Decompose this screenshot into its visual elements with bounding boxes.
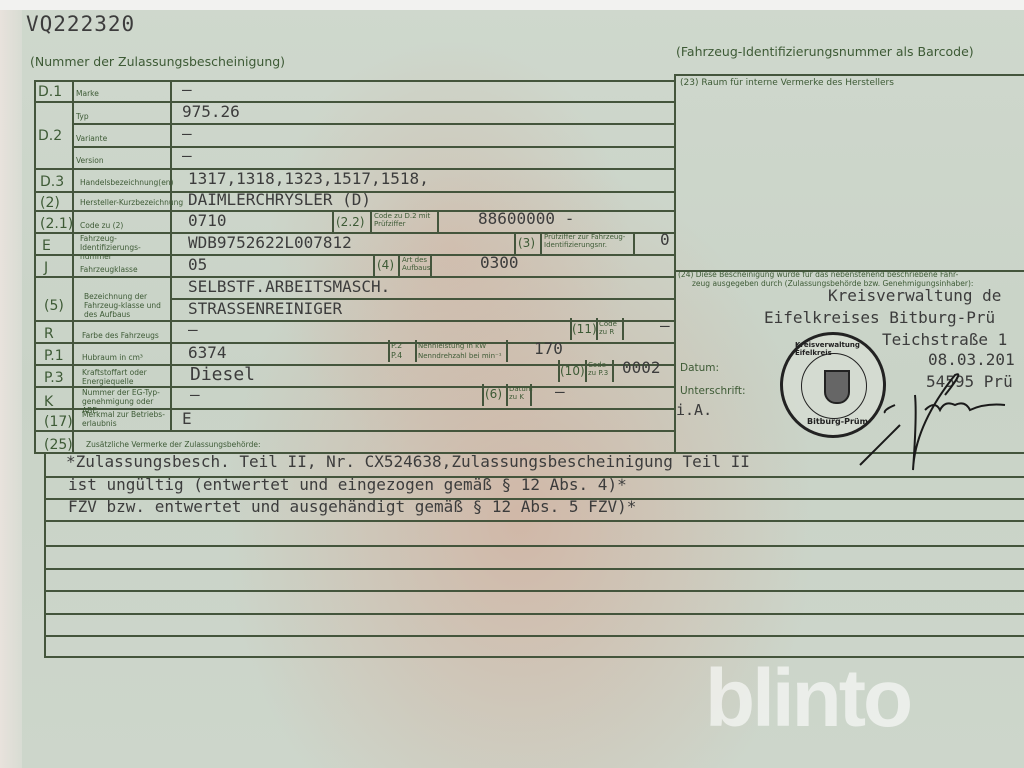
paper-top-edge: [0, 0, 1024, 10]
signature-icon: [855, 355, 1024, 480]
field-11-label: Code zu R: [599, 320, 621, 336]
field-4-code: (4): [377, 258, 394, 272]
field-e-label: Fahrzeug-Identifizierungs-nummer: [80, 234, 168, 261]
field-10-code: (10): [560, 364, 585, 378]
field-2-2-label: Code zu D.2 mit Prüfziffer: [374, 212, 436, 228]
field-5-label: Bezeichnung der Fahrzeug-klasse und des …: [84, 292, 170, 319]
field-p4-code: P.4: [391, 352, 402, 360]
barcode-label: (Fahrzeug-Identifizierungsnummer als Bar…: [676, 44, 974, 59]
field-2-value: DAIMLERCHRYSLER (D): [188, 190, 371, 209]
field-2-2-code: (2.2): [336, 215, 364, 229]
field-4-value: 0300: [480, 253, 519, 272]
field-11-value: –: [660, 316, 670, 335]
issuer-label-line1: (24) Diese Bescheinigung wurde für das n…: [678, 270, 958, 279]
field-p2-label: Nennleistung in kW: [418, 342, 486, 350]
field-d1-code: D.1: [38, 84, 62, 100]
document-number-label: (Nummer der Zulassungsbescheinigung): [30, 54, 285, 69]
datum-label: Datum:: [680, 362, 719, 374]
field-r-label: Farbe des Fahrzeugs: [82, 331, 159, 340]
field-d3-value: 1317,1318,1323,1517,1518,: [188, 169, 429, 188]
document-number: VQ222320: [26, 12, 135, 36]
field-p1-code: P.1: [44, 348, 64, 364]
field-d2-typ-label: Typ: [76, 112, 89, 121]
remark-line-2: ist ungültig (entwertet und eingezogen g…: [68, 475, 627, 494]
field-17-label: Merkmal zur Betriebs-erlaubnis: [82, 410, 168, 428]
field-d2-code: D.2: [38, 128, 62, 144]
field-p4-label: Nenndrehzahl bei min⁻¹: [418, 352, 502, 360]
field-3-label: Prüfziffer zur Fahrzeug-Identifizierungs…: [544, 233, 632, 249]
field-j-label: Fahrzeugklasse: [80, 265, 138, 274]
field-2-label: Hersteller-Kurzbezeichnung: [80, 198, 183, 207]
field-3-code: (3): [518, 236, 535, 250]
field-d2-variante-label: Variante: [76, 134, 107, 143]
issuer-line-3: Teichstraße 1: [882, 330, 1007, 349]
remark-line-1: *Zulassungsbesch. Teil II, Nr. CX524638,…: [66, 452, 750, 471]
field-e-value: WDB9752622L007812: [188, 233, 352, 252]
field-k-value: –: [190, 385, 200, 404]
field-6-label: Datum zu K: [509, 385, 529, 401]
field-17-value: E: [182, 409, 192, 428]
field-d3-label: Handelsbezeichnung(en): [80, 178, 173, 187]
field-j-value: 05: [188, 255, 207, 274]
field-p3-code: P.3: [44, 370, 64, 386]
field-2-1-code: (2.1): [40, 216, 73, 232]
field-d2-version-label: Version: [76, 156, 104, 165]
field-6-value: –: [555, 382, 565, 401]
field-r-code: R: [44, 326, 54, 342]
field-23-label: (23) Raum für interne Vermerke des Herst…: [680, 78, 894, 88]
field-p2-code: P.2: [391, 342, 402, 350]
signature-label: Unterschrift:: [680, 385, 746, 397]
field-d3-code: D.3: [40, 174, 64, 190]
field-5-code: (5): [44, 298, 64, 314]
issuer-line-1: Kreisverwaltung de: [828, 286, 1001, 305]
field-2-1-label: Code zu (2): [80, 221, 123, 230]
field-10-label: Code zu P.3: [588, 361, 612, 377]
field-25-code: (25): [44, 437, 73, 453]
field-p3-value: Diesel: [190, 364, 255, 385]
field-e-code: E: [42, 238, 51, 254]
field-d2-variante-value: –: [182, 124, 192, 143]
field-d1-label: Marke: [76, 89, 99, 98]
field-5-value-line2: STRASSENREINIGER: [188, 299, 342, 318]
paper-edge: [0, 0, 22, 768]
field-6-code: (6): [485, 387, 502, 401]
field-11-code: (11): [572, 322, 597, 336]
field-r-value: –: [188, 320, 198, 339]
field-25-label: Zusätzliche Vermerke der Zulassungsbehör…: [86, 440, 260, 449]
watermark-logo: blinto: [705, 652, 910, 746]
field-5-value-line1: SELBSTF.ARBEITSMASCH.: [188, 277, 390, 296]
field-2-code: (2): [40, 195, 60, 211]
field-p3-label: Kraftstoffart oder Energiequelle: [82, 368, 168, 386]
field-k-code: K: [44, 394, 53, 410]
field-d2-version-value: –: [182, 146, 192, 165]
field-d1-value: –: [182, 80, 192, 99]
field-p2-value: 170: [534, 339, 563, 358]
field-d2-typ-value: 975.26: [182, 102, 240, 121]
field-j-code: J: [44, 260, 48, 276]
issuer-line-2: Eifelkreises Bitburg-Prü: [764, 308, 995, 327]
field-2-1-value: 0710: [188, 211, 227, 230]
ia-text: i.A.: [676, 401, 712, 419]
field-2-2-value: 88600000 -: [478, 209, 574, 228]
field-3-value: 0: [660, 230, 670, 249]
field-4-label: Art des Aufbaus: [402, 256, 428, 272]
remark-line-3: FZV bzw. entwertet und ausgehändigt gemä…: [68, 497, 636, 516]
field-p1-label: Hubraum in cm³: [82, 353, 143, 362]
field-10-value: 0002: [622, 358, 661, 377]
field-p1-value: 6374: [188, 343, 227, 362]
coat-of-arms-icon: [824, 370, 850, 404]
field-17-code: (17): [44, 414, 73, 430]
